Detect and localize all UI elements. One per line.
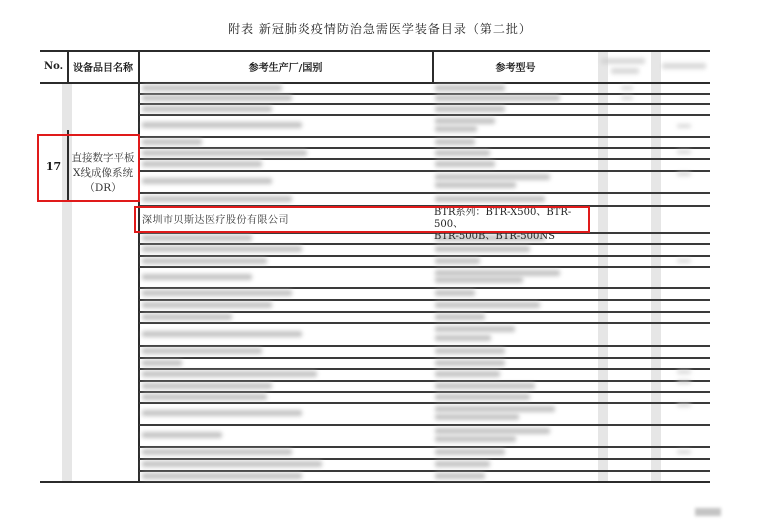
row-separator <box>139 345 710 347</box>
redacted-model <box>435 161 495 167</box>
redacted-small-value <box>677 259 691 263</box>
redacted-model <box>435 449 505 455</box>
row-separator <box>139 287 710 289</box>
redacted-manufacturer <box>142 348 262 354</box>
row-separator <box>139 380 710 382</box>
redacted-model <box>435 182 516 188</box>
table-bottom-border <box>40 481 710 483</box>
redacted-small-value <box>621 86 633 90</box>
redacted-model <box>435 461 490 467</box>
redacted-manufacturer <box>142 122 302 128</box>
row-separator <box>139 322 710 324</box>
redacted-model <box>435 394 530 400</box>
header-manufacturer: 参考生产厂/国别 <box>139 50 432 83</box>
redacted-manufacturer <box>142 246 302 252</box>
redacted-small-value <box>677 172 691 176</box>
redacted-manufacturer <box>142 85 282 91</box>
redacted-manufacturer <box>142 139 202 145</box>
redacted-model <box>435 126 477 132</box>
row-separator <box>139 266 710 268</box>
row-separator <box>139 446 710 448</box>
redacted-model <box>435 428 550 434</box>
row-separator <box>139 147 710 149</box>
redacted-manufacturer <box>142 150 307 156</box>
redacted-manufacturer <box>142 314 232 320</box>
redacted-model <box>435 106 505 112</box>
redacted-small-value <box>677 124 691 128</box>
redacted-model <box>435 371 500 377</box>
redacted-manufacturer <box>142 432 222 438</box>
redacted-small-value <box>677 450 691 454</box>
redacted-small-value <box>677 150 691 154</box>
redacted-manufacturer <box>142 302 272 308</box>
redacted-manufacturer <box>142 161 262 167</box>
redacted-small-value <box>677 380 691 384</box>
highlight-box-row <box>134 206 590 233</box>
redacted-model <box>435 348 505 354</box>
redacted-model <box>435 473 485 479</box>
redacted-manufacturer <box>142 196 292 202</box>
redacted-model <box>435 326 515 332</box>
row-separator <box>139 311 710 313</box>
redacted-model <box>435 258 480 264</box>
redacted-model <box>435 314 485 320</box>
row-separator <box>139 402 710 404</box>
redacted-model <box>435 414 519 420</box>
row-separator <box>139 424 710 426</box>
row-separator <box>139 458 710 460</box>
redacted-model <box>435 270 560 276</box>
redacted-model <box>435 196 545 202</box>
redacted-manufacturer <box>142 106 272 112</box>
redacted-manufacturer <box>142 461 322 467</box>
row-separator <box>139 114 710 116</box>
redacted-manufacturer <box>142 274 252 280</box>
redacted-manufacturer <box>142 449 292 455</box>
redacted-model <box>435 436 516 442</box>
redacted-manufacturer <box>142 383 272 389</box>
redacted-model <box>435 246 530 252</box>
header-col5-redacted <box>611 68 639 74</box>
row-separator <box>139 470 710 472</box>
redacted-small-value <box>677 370 691 374</box>
redacted-model <box>435 290 475 296</box>
highlight-box-device <box>37 134 140 202</box>
redacted-model <box>435 174 550 180</box>
redacted-manufacturer <box>142 258 267 264</box>
header-col6-redacted <box>662 63 706 69</box>
redacted-manufacturer <box>142 235 252 241</box>
row-separator <box>139 158 710 160</box>
header-model: 参考型号 <box>433 50 598 83</box>
row-separator <box>139 170 710 172</box>
redacted-model <box>435 360 505 366</box>
redacted-small-value <box>621 96 633 100</box>
redacted-model <box>435 406 555 412</box>
header-device-name: 设备品目名称 <box>68 50 138 83</box>
header-col5-redacted <box>601 58 645 64</box>
redacted-model <box>435 150 490 156</box>
row-separator <box>139 192 710 194</box>
redacted-model <box>435 85 505 91</box>
redacted-manufacturer <box>142 410 302 416</box>
redacted-manufacturer <box>142 371 317 377</box>
row-separator <box>139 103 710 105</box>
row-separator <box>139 136 710 138</box>
redacted-model <box>435 335 491 341</box>
redacted-small-value <box>677 403 691 407</box>
redacted-manufacturer <box>142 394 267 400</box>
page-number-redacted <box>695 508 721 516</box>
row-separator <box>139 255 710 257</box>
redacted-model <box>435 277 523 283</box>
row-separator <box>139 357 710 359</box>
row-separator <box>139 391 710 393</box>
redacted-manufacturer <box>142 360 182 366</box>
redacted-manufacturer <box>142 331 302 337</box>
redacted-manufacturer <box>142 473 302 479</box>
redacted-manufacturer <box>142 95 292 101</box>
redacted-model <box>435 383 535 389</box>
row-separator <box>139 243 710 245</box>
redacted-model <box>435 95 560 101</box>
row-separator <box>139 299 710 301</box>
redacted-model <box>435 118 495 124</box>
header-no: No. <box>40 50 67 83</box>
row-separator <box>139 368 710 370</box>
redacted-manufacturer <box>142 290 292 296</box>
redacted-model <box>435 139 475 145</box>
document-title: 附表 新冠肺炎疫情防治急需医学装备目录（第二批） <box>0 20 760 37</box>
redacted-model <box>435 302 540 308</box>
redacted-manufacturer <box>142 178 272 184</box>
